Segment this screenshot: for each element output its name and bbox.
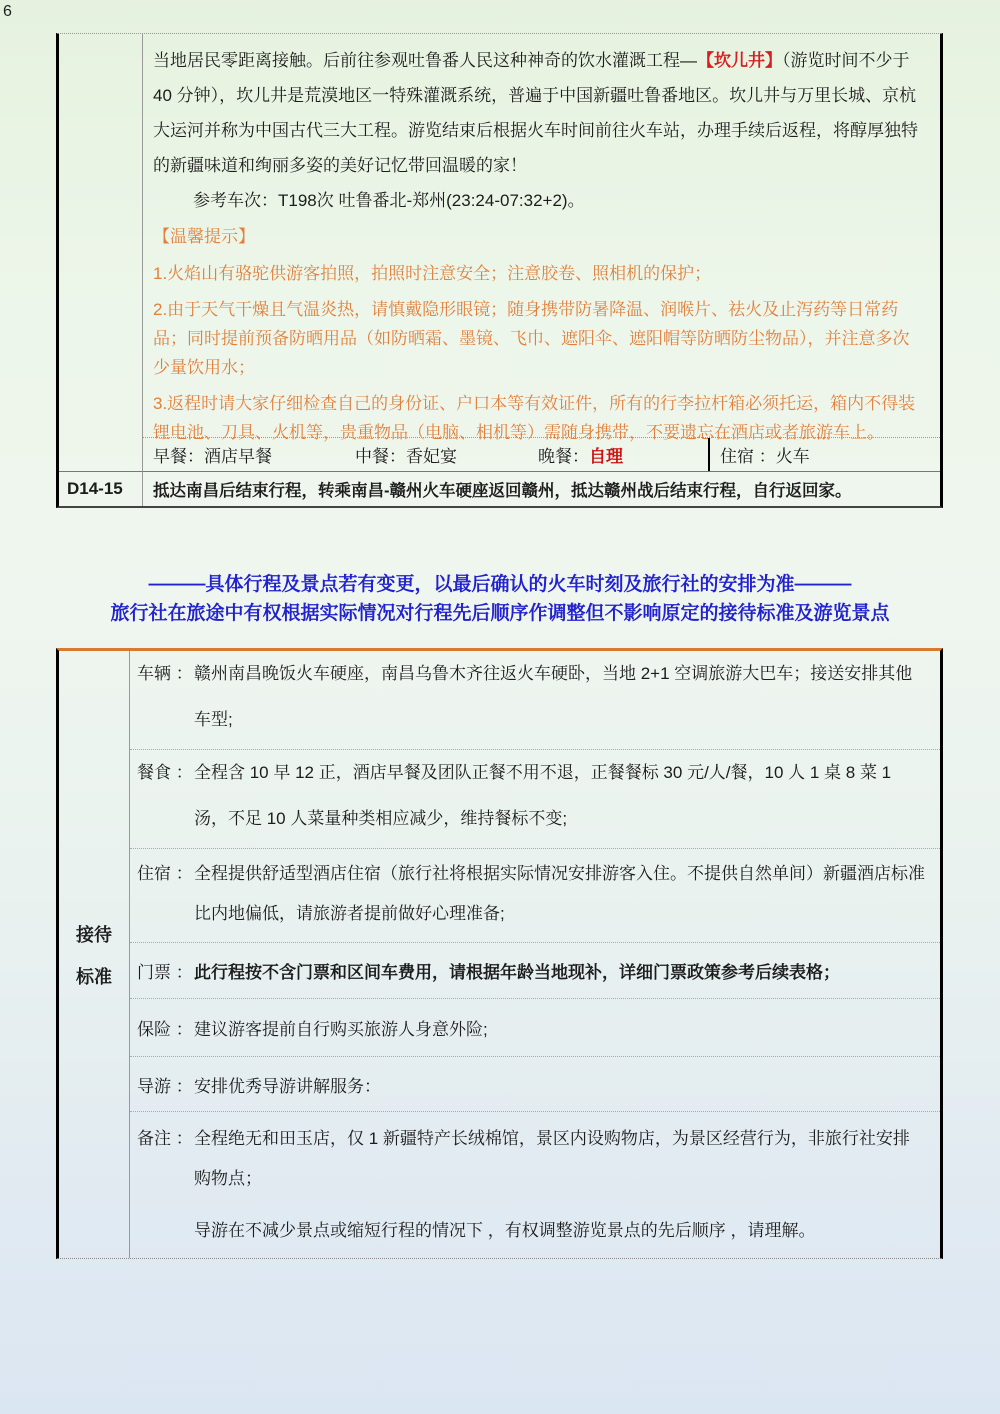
lunch-cell: 中餐：香妃宴 bbox=[355, 438, 538, 471]
itinerary-paragraph: 当地居民零距离接触。后前往参观吐鲁番人民这种神奇的饮水灌溉工程—【坎儿井】（游览… bbox=[153, 43, 926, 183]
itinerary-day-cell-empty bbox=[59, 34, 143, 471]
day-description-cell: 抵达南昌后结束行程，转乘南昌-赣州火车硬座返回赣州，抵达赣州战后结束行程，自行返… bbox=[143, 471, 940, 506]
row-text: 此行程按不含门票和区间车费用，请根据年龄当地现补，详细门票政策参考后续表格； bbox=[194, 958, 926, 983]
lodging-text: 住宿 ：火车 bbox=[720, 442, 810, 467]
row-text: 全程含 10 早 12 正，酒店早餐及团队正餐不用不退，正餐餐标 30 元/人/… bbox=[194, 750, 926, 848]
standards-header-line2: 标准 bbox=[76, 963, 112, 989]
lodging-cell: 住宿 ：火车 bbox=[708, 438, 940, 471]
itinerary-table: 当地居民零距离接触。后前往参观吐鲁番人民这种神奇的饮水灌溉工程—【坎儿井】（游览… bbox=[56, 33, 943, 508]
row-label: 车辆 ： bbox=[137, 651, 194, 749]
remarks-paragraph-1: 全程绝无和田玉店，仅 1 新疆特产长绒棉馆，景区内设购物店，为景区经营行为，非旅… bbox=[194, 1119, 926, 1199]
day-description: 抵达南昌后结束行程，转乘南昌-赣州火车硬座返回赣州，抵达赣州战后结束行程，自行返… bbox=[153, 477, 852, 501]
standards-row-meals: 餐食 ： 全程含 10 早 12 正，酒店早餐及团队正餐不用不退，正餐餐标 30… bbox=[130, 749, 940, 848]
standards-row-guide: 导游 ： 安排优秀导游讲解服务： bbox=[130, 1056, 940, 1111]
day-label-cell: D14-15 bbox=[59, 471, 143, 506]
dinner-value: 自理 bbox=[589, 442, 623, 467]
warm-tips-title: 【温馨提示】 bbox=[153, 222, 926, 252]
row-label: 导游 ： bbox=[137, 1072, 194, 1097]
standards-row-tickets: 门票 ： 此行程按不含门票和区间车费用，请根据年龄当地现补，详细门票政策参考后续… bbox=[130, 942, 940, 998]
warm-tip-item: 1.火焰山有骆驼供游客拍照，拍照时注意安全；注意胶卷、照相机的保护； bbox=[153, 259, 926, 288]
standards-header-cell: 接待 标准 bbox=[59, 651, 130, 1258]
train-reference: 参考车次：T198次 吐鲁番北-郑州(23:24-07:32+2)。 bbox=[153, 183, 926, 218]
dinner-label: 晚餐： bbox=[538, 442, 589, 467]
itinerary-main-cell: 当地居民零距离接触。后前往参观吐鲁番人民这种神奇的饮水灌溉工程—【坎儿井】（游览… bbox=[143, 34, 940, 437]
meals-row: 早餐：酒店早餐 中餐：香妃宴 晚餐：自理 住宿 ：火车 bbox=[143, 437, 940, 471]
standards-row-lodging: 住宿 ： 全程提供舒适型酒店住宿（旅行社将根据实际情况安排游客入住。不提供自然单… bbox=[130, 848, 940, 942]
row-text: 赣州南昌晚饭火车硬座，南昌乌鲁木齐往返火车硬卧，当地 2+1 空调旅游大巴车；接… bbox=[194, 651, 926, 749]
row-text-multi: 全程绝无和田玉店，仅 1 新疆特产长绒棉馆，景区内设购物店，为景区经营行为，非旅… bbox=[194, 1119, 926, 1258]
row-text: 安排优秀导游讲解服务： bbox=[194, 1072, 926, 1097]
dinner-cell: 晚餐：自理 bbox=[538, 438, 708, 471]
page-number: 6 bbox=[3, 3, 12, 21]
reception-standards-table: 接待 标准 车辆 ： 赣州南昌晚饭火车硬座，南昌乌鲁木齐往返火车硬卧，当地 2+… bbox=[56, 648, 943, 1259]
row-label: 保险 ： bbox=[137, 1015, 194, 1040]
standards-row-remarks: 备注 ： 全程绝无和田玉店，仅 1 新疆特产长绒棉馆，景区内设购物店，为景区经营… bbox=[130, 1111, 940, 1258]
standards-header-line1: 接待 bbox=[76, 921, 112, 947]
lunch-text: 中餐：香妃宴 bbox=[355, 442, 457, 467]
remarks-paragraph-2: 导游在不减少景点或缩短行程的情况下 ，有权调整游览景点的先后顺序 ，请理解。 bbox=[194, 1211, 926, 1251]
row-label: 餐食 ： bbox=[137, 750, 194, 848]
row-label: 住宿 ： bbox=[137, 854, 194, 942]
paragraph-pre: 当地居民零距离接触。后前往参观吐鲁番人民这种神奇的饮水灌溉工程— bbox=[153, 51, 697, 70]
breakfast-cell: 早餐：酒店早餐 bbox=[143, 438, 355, 471]
row-label: 备注 ： bbox=[137, 1119, 194, 1258]
row-label: 门票 ： bbox=[137, 958, 194, 983]
karez-highlight: 【坎儿井】 bbox=[697, 51, 782, 70]
change-notice-line1: ———具体行程及景点若有变更，以最后确认的火车时刻及旅行社的安排为准——— bbox=[0, 570, 1000, 599]
change-notice: ———具体行程及景点若有变更，以最后确认的火车时刻及旅行社的安排为准——— 旅行… bbox=[0, 570, 1000, 628]
standards-row-insurance: 保险 ： 建议游客提前自行购买旅游人身意外险; bbox=[130, 998, 940, 1056]
day-label: D14-15 bbox=[67, 479, 123, 499]
row-text: 建议游客提前自行购买旅游人身意外险; bbox=[194, 1015, 926, 1040]
warm-tip-item: 2.由于天气干燥且气温炎热，请慎戴隐形眼镜；随身携带防暑降温、润喉片、祛火及止泻… bbox=[153, 295, 926, 382]
warm-tips-block: 【温馨提示】 1.火焰山有骆驼供游客拍照，拍照时注意安全；注意胶卷、照相机的保护… bbox=[153, 222, 926, 447]
change-notice-line2: 旅行社在旅途中有权根据实际情况对行程先后顺序作调整但不影响原定的接待标准及游览景… bbox=[0, 599, 1000, 628]
standards-row-vehicle: 车辆 ： 赣州南昌晚饭火车硬座，南昌乌鲁木齐往返火车硬卧，当地 2+1 空调旅游… bbox=[130, 651, 940, 749]
breakfast-text: 早餐：酒店早餐 bbox=[153, 442, 272, 467]
row-text: 全程提供舒适型酒店住宿（旅行社将根据实际情况安排游客入住。不提供自然单间）新疆酒… bbox=[194, 854, 926, 942]
